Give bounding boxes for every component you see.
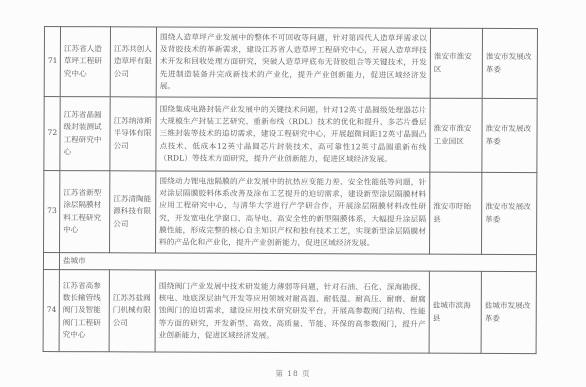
company-name: 江苏纳沛斯半导体有限公司 [110, 97, 156, 171]
location: 淮安市淮安区 [430, 28, 482, 98]
construction-content: 围绕人造草坪产业发展中的整体不可回收等问题，针对第四代人造草坪需求以及背胶技术的… [156, 27, 430, 98]
table-row: 74 江苏省高参数长输管线阀门及智能阀门工程研究中心 江苏苏盐阀门机械有限公司 … [43, 269, 536, 353]
center-name: 江苏省人造草坪工程研究中心 [60, 27, 110, 97]
company-name: 江苏清陶能源科技有限公司 [110, 171, 156, 253]
engineering-center-table: 71 江苏省人造草坪工程研究中心 江苏共创人造草坪有限公司 围绕人造草坪产业发展… [43, 26, 538, 354]
company-name: 江苏共创人造草坪有限公司 [110, 27, 156, 97]
location: 淮安市淮安工业园区 [430, 98, 482, 172]
row-number: 74 [43, 269, 59, 351]
page-number: 第 18 页 [0, 368, 586, 379]
construction-content: 围绕动力锂电池隔膜的产业发展中的抗热应变能力差、安全性能低等问题，针对涂层隔膜胶… [156, 171, 430, 254]
location: 盐城市滨海县 [429, 271, 481, 353]
department: 盐城市发展改革委 [481, 271, 536, 353]
department: 淮安市发展改革委 [482, 172, 537, 254]
document-page: 71 江苏省人造草坪工程研究中心 江苏共创人造草坪有限公司 围绕人造草坪产业发展… [0, 0, 586, 387]
city-section-label: 盐城市 [59, 253, 536, 272]
row-number: 71 [44, 27, 60, 97]
center-name: 江苏省新型涂层隔膜材料工程研究中心 [60, 171, 110, 253]
location: 淮安市盱眙县 [430, 172, 482, 254]
table-row: 73 江苏省新型涂层隔膜材料工程研究中心 江苏清陶能源科技有限公司 围绕动力锂电… [44, 171, 537, 255]
row-number: 73 [44, 171, 60, 253]
table-row: 72 江苏省晶圆级封装测试工程研究中心 江苏纳沛斯半导体有限公司 围绕集成电路封… [44, 97, 537, 173]
department: 淮安市发展改革委 [482, 28, 537, 98]
construction-content: 围绕集成电路封装产业发展中的关键技术问题，针对12英寸晶圆级处理器芯片大规模生产… [156, 97, 430, 172]
center-name: 江苏省高参数长输管线阀门及智能阀门工程研究中心 [59, 270, 109, 352]
department: 淮安市发展改革委 [482, 98, 537, 172]
row-number: 72 [44, 97, 60, 171]
center-name: 江苏省晶圆级封装测试工程研究中心 [60, 97, 110, 171]
company-name: 江苏苏盐阀门机械有限公司 [109, 270, 155, 352]
construction-content: 围绕阀门产业发展中技术研发能力薄弱等问题，针对石油、石化、深海勘探、核电、地底深… [155, 270, 429, 353]
city-section-spacer [43, 253, 59, 270]
city-section-row: 盐城市 [43, 253, 536, 272]
table-row: 71 江苏省人造草坪工程研究中心 江苏共创人造草坪有限公司 围绕人造草坪产业发展… [44, 27, 537, 99]
